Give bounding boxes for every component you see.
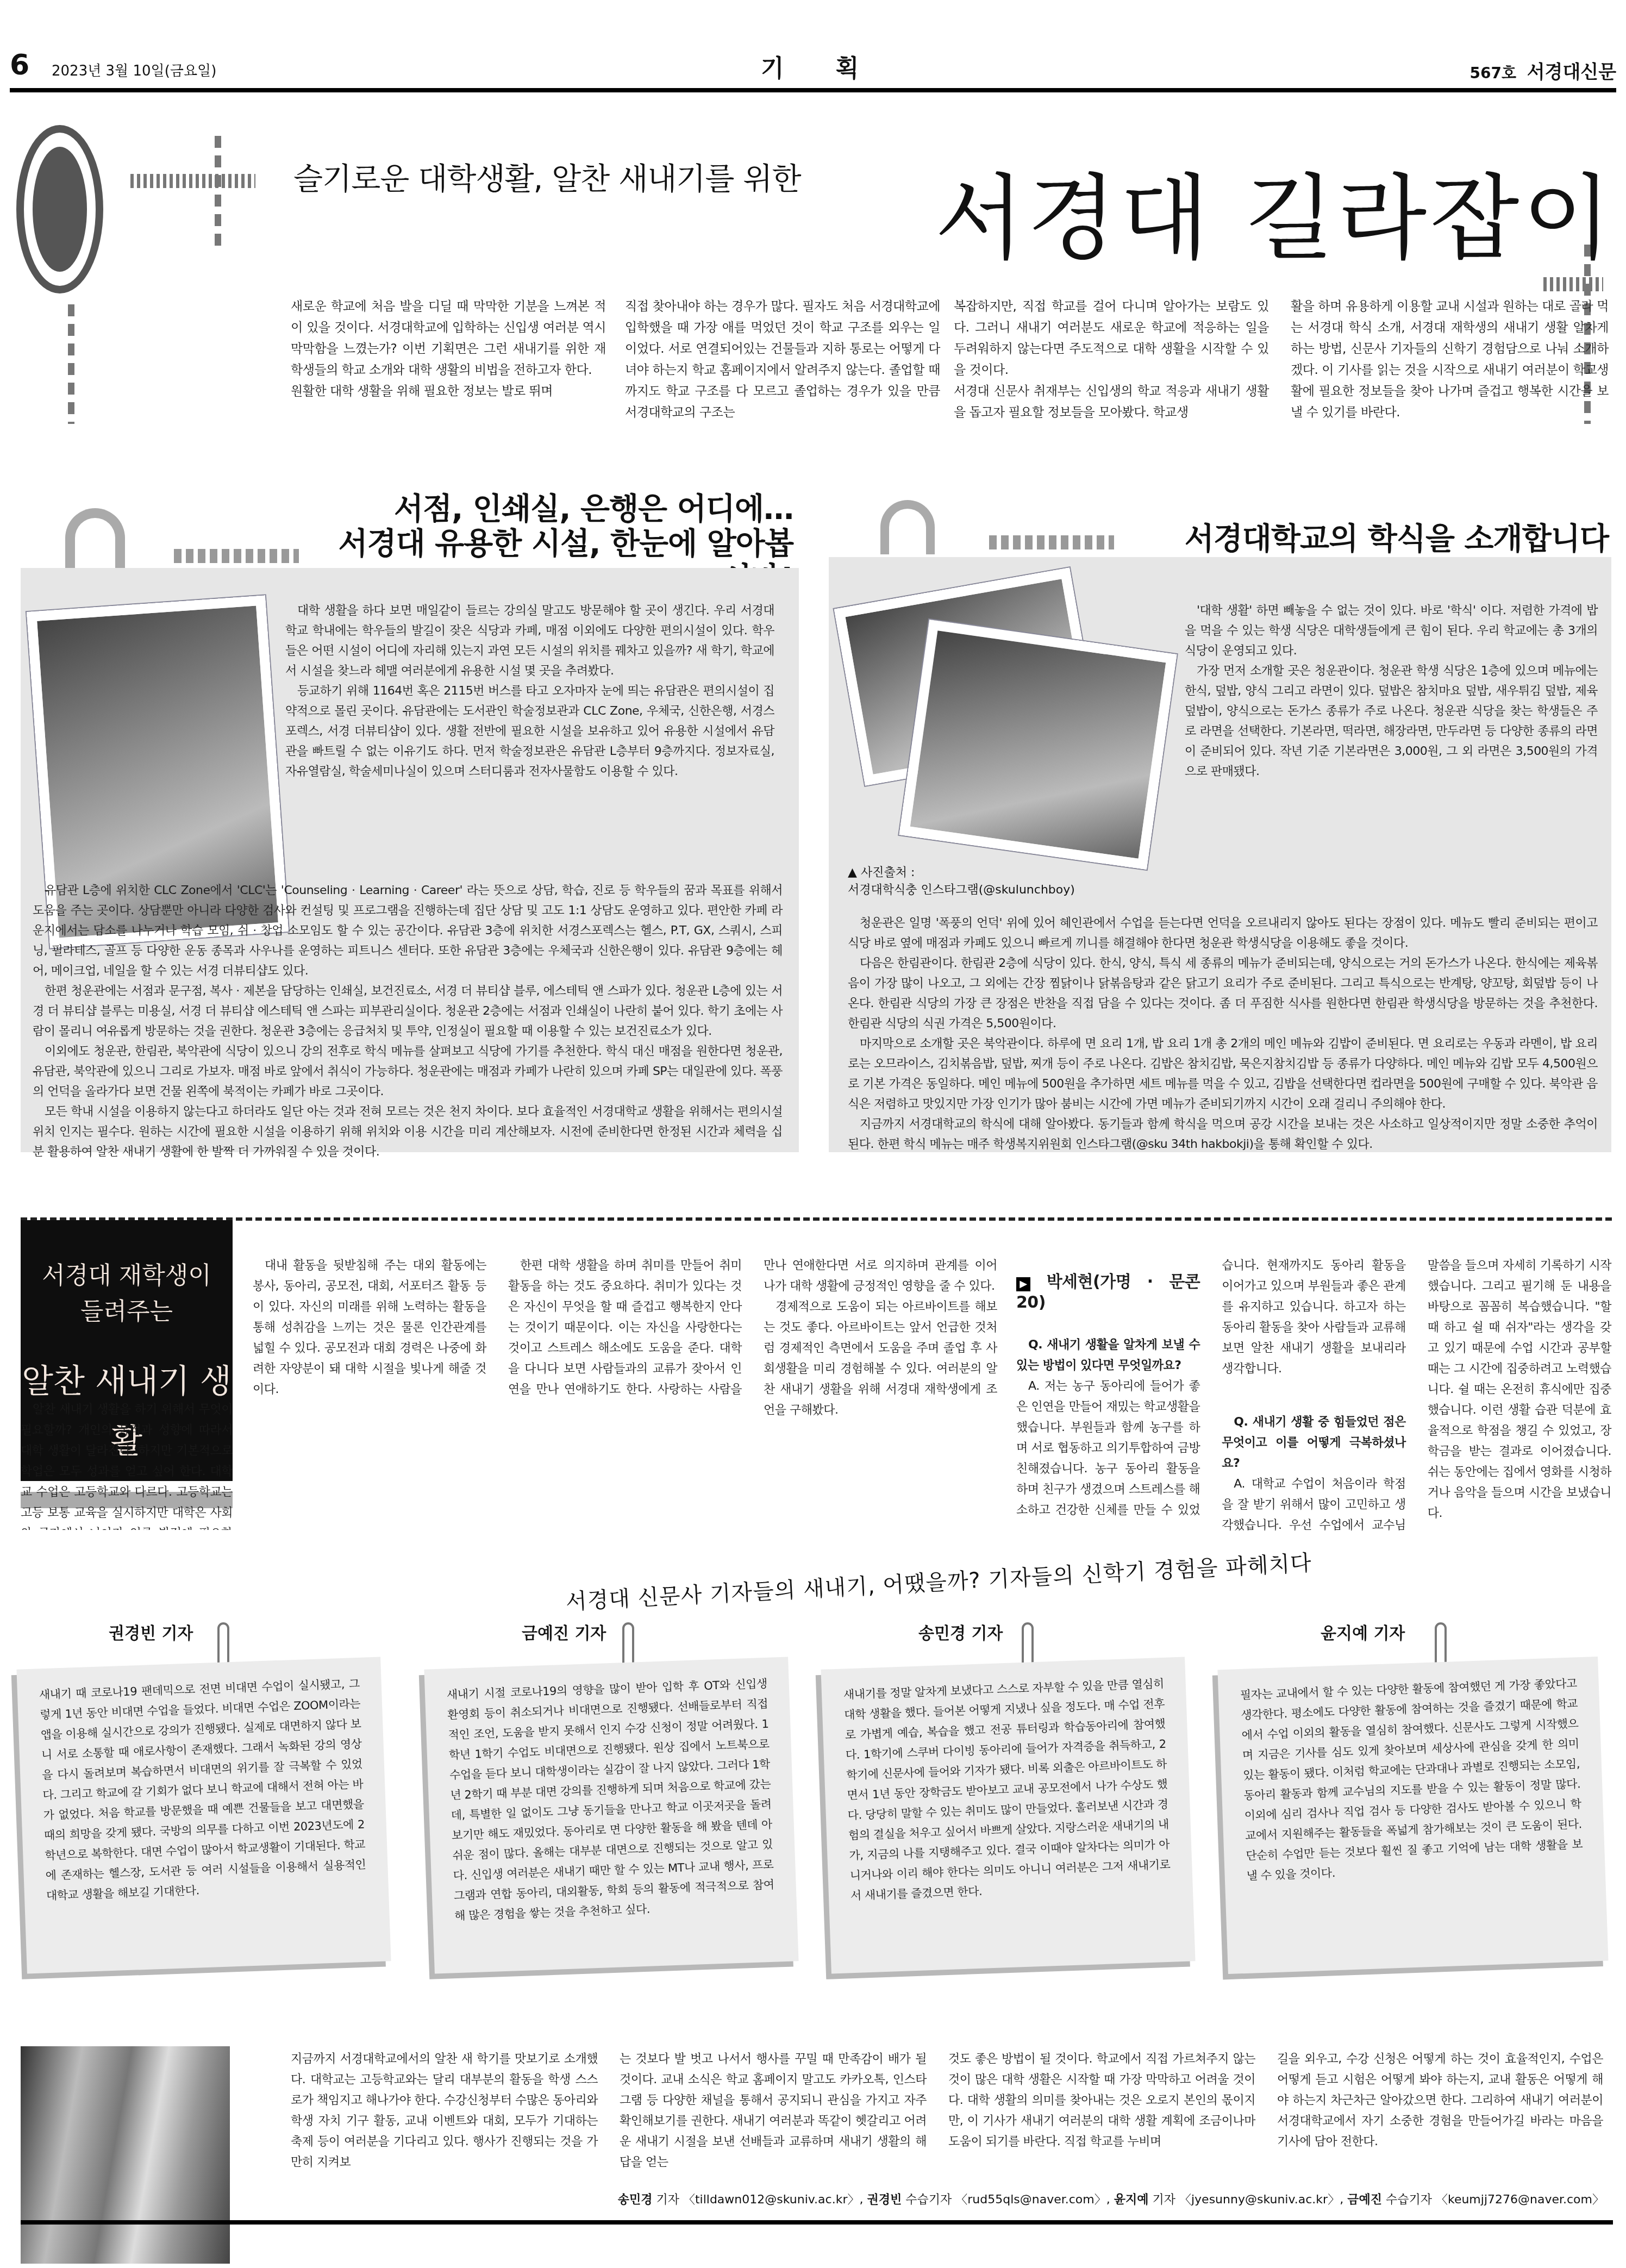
intro-column: 복잡하지만, 직접 학교를 걸어 다니며 알아가는 보람도 있다. 그러니 새내…: [954, 296, 1269, 423]
dashed-arrow-decoration: [215, 136, 221, 250]
author-email[interactable]: 〈jyesunny@skuniv.ac.kr〉,: [1179, 2193, 1343, 2207]
author-role: 수습기자: [905, 2193, 952, 2207]
campus-building-photo: [21, 2046, 230, 2264]
reporter-note: 새내기 시절 코로나19의 영향을 많이 받아 입학 후 OT와 신입생 환영회…: [424, 1657, 798, 1973]
reporter-note: 필자는 교내에서 할 수 있는 다양한 활동에 참여했던 게 가장 좋았다고 생…: [1217, 1657, 1608, 1974]
half-ring-icon: [880, 500, 935, 554]
closing-column: 것도 좋은 방법이 될 것이다. 학교에서 직접 가르쳐주지 않는 것이 많은 …: [948, 2049, 1255, 2152]
facilities-body-top: 대학 생활을 하다 보면 매일같이 들르는 강의실 말고도 방문해야 할 곳이 …: [285, 601, 774, 782]
reporter-name: 송민경 기자: [918, 1620, 1003, 1644]
question: Q. 새내기 생활을 알차게 보낼 수 있는 방법이 있다면 무엇일까요?: [1016, 1335, 1200, 1376]
target-center-icon: [33, 147, 87, 272]
author-email[interactable]: 〈rud55qls@naver.com〉,: [955, 2193, 1110, 2207]
paragraph: 가장 먼저 소개할 곳은 청운관이다. 청운관 학생 식당은 1층에 있으며 메…: [1185, 661, 1598, 782]
paragraph: 대학 생활을 하다 보면 매일같이 들르는 강의실 말고도 방문해야 할 곳이 …: [285, 601, 774, 681]
paragraph: 마지막으로 소개할 곳은 북악관이다. 하루에 면 요리 1개, 밥 요리 1개…: [848, 1034, 1598, 1114]
student-life-columns: 대내 활동을 뒷받침해 주는 대외 활동에는 봉사, 동아리, 공모전, 대회,…: [253, 1255, 997, 1538]
paragraph: 대내 활동을 뒷받침해 주는 대외 활동에는 봉사, 동아리, 공모전, 대회,…: [253, 1255, 486, 1400]
photo-caption: ▲ 사진출처 : 서경대학식충 인스타그램(@skulunchboy): [848, 864, 1076, 899]
facilities-title-line: 서점, 인쇄실, 은행은 어디에…: [315, 492, 793, 527]
section-title: 기 획: [761, 49, 880, 84]
author-name: 권경빈: [867, 2193, 902, 2207]
closing-column: 는 것보다 발 벗고 나서서 행사를 꾸밀 때 만족감이 배가 될 것이다. 교…: [620, 2049, 927, 2173]
interviewee: ▶ 박세현(가명 · 문콘 20): [1016, 1272, 1200, 1313]
box-subtitle: 서경대 재학생이: [21, 1258, 233, 1294]
dashed-line-decoration: [68, 304, 74, 424]
closing-column: 지금까지 서경대학교에서의 알찬 새 학기를 맛보기로 소개했다. 대학교는 고…: [291, 2049, 598, 2173]
paragraph: 모든 학내 시설을 이용하지 않는다고 하더라도 일단 아는 것과 전혀 모르는…: [33, 1102, 783, 1162]
cafeteria-title: 서경대학교의 학식을 소개합니다: [1130, 522, 1609, 557]
closing-column: 길을 외우고, 수강 신청은 어떻게 하는 것이 효율적인지, 수업은 어떻게 …: [1277, 2049, 1603, 2152]
paragraph: 한편 청운관에는 서점과 문구점, 복사 · 제본을 담당하는 인쇄실, 보건진…: [33, 981, 783, 1041]
issue-number: 567호: [1470, 64, 1517, 82]
intro-column: 직접 찾아내야 하는 경우가 많다. 필자도 처음 서경대학교에 입학했을 때 …: [625, 296, 940, 423]
paragraph: 다음은 한림관이다. 한림관 2층에 식당이 있다. 한식, 양식, 특식 세 …: [848, 953, 1598, 1034]
reporters-banner: 서경대 신문사 기자들의 새내기, 어땠을까? 기자들의 신학기 경험을 파헤치…: [565, 1546, 1312, 1616]
paragraph: 청운관은 일명 '폭풍의 언덕' 위에 있어 혜인관에서 수업을 듣는다면 언덕…: [848, 913, 1598, 953]
author-email[interactable]: 〈tilldawn012@skuniv.ac.kr〉,: [683, 2193, 864, 2207]
interviewee-name: 박세현(가명 · 문콘 20): [1016, 1272, 1200, 1312]
note-text: 필자는 교내에서 할 수 있는 다양한 활동에 참여했던 게 가장 좋았다고 생…: [1240, 1673, 1584, 1886]
meal-photo-2: [899, 620, 1177, 870]
reporter-note: 새내기를 정말 알차게 보냈다고 스스로 자부할 수 있을 만큼 열심히 대학 …: [821, 1657, 1195, 1973]
paragraph: 등교하기 위해 1164번 혹은 2115번 버스를 타고 오자마자 눈에 띄는…: [285, 681, 774, 782]
author-name: 윤지예: [1114, 2193, 1149, 2207]
section-divider: [21, 1217, 1613, 1221]
note-text: 새내기를 정말 알차게 보냈다고 스스로 자부할 수 있을 만큼 열심히 대학 …: [843, 1674, 1171, 1906]
note-text: 새내기 때 코로나19 팬데믹으로 전면 비대면 수업이 실시됐고, 그렇게 1…: [39, 1674, 367, 1906]
paragraph: 지금까지 서경대학교의 학식에 대해 알아봤다. 동기들과 함께 학식을 먹으며…: [848, 1114, 1598, 1154]
question: Q. 새내기 생활 중 힘들었던 점은 무엇이고 이를 어떻게 극복하셨나요?: [1222, 1412, 1405, 1474]
note-text: 새내기 시절 코로나19의 영향을 많이 받아 입학 후 OT와 신입생 환영회…: [446, 1674, 775, 1926]
author-role: 기자: [656, 2193, 679, 2207]
caption-source: 서경대학식충 인스타그램(@skulunchboy): [848, 882, 1076, 899]
intro-column: 활을 하며 유용하게 이용할 교내 시설과 원하는 대로 골라 먹는 서경대 학…: [1291, 296, 1609, 423]
paragraph: 유담관 L층에 위치한 CLC Zone에서 'CLC'는 'Counselin…: [33, 880, 783, 981]
footer-rule: [21, 2220, 1613, 2225]
dashed-decoration: [174, 549, 299, 563]
page-number: 6: [10, 49, 29, 82]
half-ring-icon: [65, 508, 125, 568]
issue-info: 567호 서경대신문: [1470, 57, 1616, 84]
reporter-name: 금예진 기자: [522, 1620, 606, 1644]
author-name: 금예진: [1347, 2193, 1382, 2207]
reporter-note: 새내기 때 코로나19 팬데믹으로 전면 비대면 수업이 실시됐고, 그렇게 1…: [16, 1657, 391, 1973]
cafeteria-body-top: '대학 생활' 하면 빼놓을 수 없는 것이 있다. 바로 '학식' 이다. 저…: [1185, 601, 1598, 782]
paragraph: 경제적으로 도움이 되는 아르바이트를 해보는 것도 좋다. 아르바이트는 앞서…: [764, 1297, 997, 1421]
paragraph: '대학 생활' 하면 빼놓을 수 없는 것이 있다. 바로 '학식' 이다. 저…: [1185, 601, 1598, 661]
author-email[interactable]: 〈keumjj7276@naver.com〉: [1436, 2193, 1604, 2207]
author-name: 송민경: [618, 2193, 653, 2207]
issue-date: 2023년 3월 10일(금요일): [52, 60, 216, 80]
reporter-name: 윤지예 기자: [1321, 1620, 1405, 1644]
paragraph: 알찬 새내기 생활을 하기 위해서 무엇이 필요할까? 개인의 목적과 성향에 …: [21, 1399, 233, 1530]
headline-lead: 슬기로운 대학생활, 알찬 새내기를 위한: [293, 155, 801, 198]
box-subtitle: 들려주는: [21, 1294, 233, 1330]
reporter-name: 권경빈 기자: [109, 1620, 193, 1644]
arrow-box-icon: ▶: [1016, 1277, 1030, 1291]
dashed-arrow-decoration: [1543, 277, 1603, 291]
masthead-rule: [10, 88, 1616, 92]
cafeteria-body-bottom: 청운관은 일명 '폭풍의 언덕' 위에 있어 혜인관에서 수업을 듣는다면 언덕…: [848, 913, 1598, 1154]
dashed-decoration: [989, 535, 1114, 549]
byline: 송민경 기자 〈tilldawn012@skuniv.ac.kr〉, 권경빈 수…: [618, 2190, 1604, 2207]
dashed-arrow-decoration: [130, 174, 255, 188]
facilities-body-bottom: 유담관 L층에 위치한 CLC Zone에서 'CLC'는 'Counselin…: [33, 880, 783, 1162]
caption-label: ▲ 사진출처 :: [848, 864, 1076, 882]
paper-name: 서경대신문: [1527, 61, 1616, 83]
main-headline: 서경대 길라잡이: [935, 144, 1615, 277]
author-role: 기자: [1152, 2193, 1175, 2207]
author-role: 수습기자: [1386, 2193, 1432, 2207]
intro-column: 새로운 학교에 처음 발을 디딜 때 막막한 기분을 느껴본 적이 있을 것이다…: [291, 296, 606, 402]
interview: ▶ 박세현(가명 · 문콘 20) Q. 새내기 생활을 알차게 보낼 수 있는…: [1016, 1255, 1611, 1538]
paragraph: 이외에도 청운관, 한림관, 북악관에 식당이 있으니 강의 전후로 학식 메뉴…: [33, 1041, 783, 1102]
student-life-intro: 알찬 새내기 생활을 하기 위해서 무엇이 필요할까? 개인의 목적과 성향에 …: [21, 1399, 233, 1530]
